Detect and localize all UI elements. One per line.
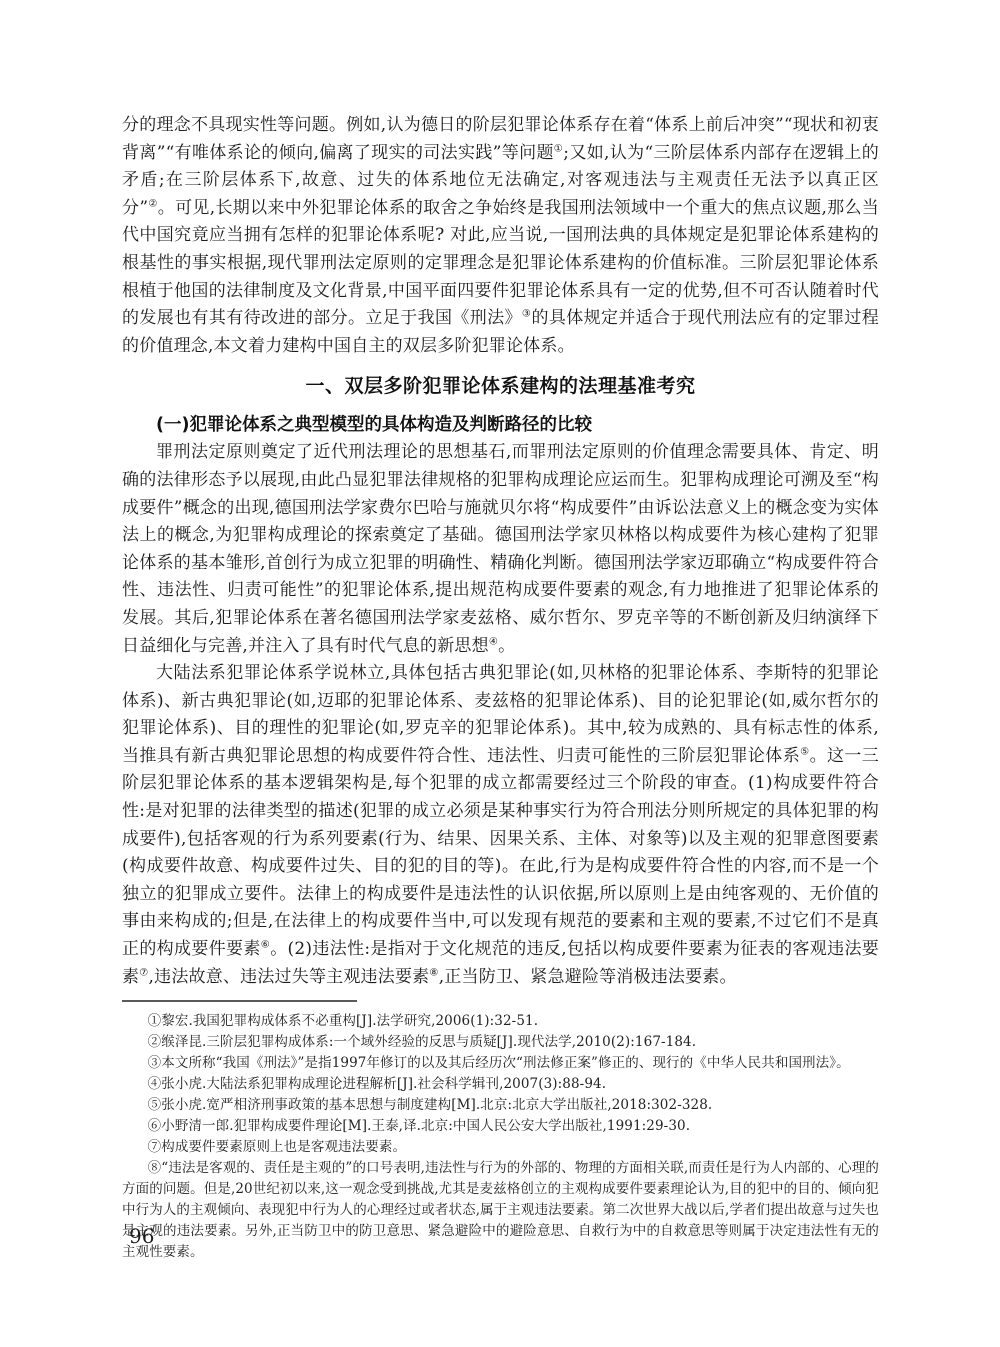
- paper-page: 分的理念不具现实性等问题。例如,认为德日的阶层犯罪论体系存在着“体系上前后冲突”…: [0, 0, 1000, 1347]
- footnote-7: ⑦构成要件要素原则上也是客观违法要素。: [122, 1137, 879, 1158]
- footnotes-section: ①黎宏.我国犯罪构成体系不必重构[J].法学研究,2006(1):32-51. …: [122, 1011, 879, 1263]
- footnote-6: ⑥小野清一郎.犯罪构成要件理论[M].王泰,译.北京:中国人民公安大学出版社,1…: [122, 1116, 879, 1137]
- page-content: 分的理念不具现实性等问题。例如,认为德日的阶层犯罪论体系存在着“体系上前后冲突”…: [122, 112, 879, 1263]
- footnote-2: ②缑泽昆.三阶层犯罪构成体系:一个域外经验的反思与质疑[J].现代法学,2010…: [122, 1032, 879, 1053]
- footnote-1: ①黎宏.我国犯罪构成体系不必重构[J].法学研究,2006(1):32-51.: [122, 1011, 879, 1032]
- subsection-heading: (一)犯罪论体系之典型模型的具体构造及判断路径的比较: [122, 411, 879, 436]
- footnote-8: ⑧“违法是客观的、责任是主观的”的口号表明,违法性与行为的外部的、物理的方面相关…: [122, 1158, 879, 1263]
- footnote-divider: [122, 1000, 357, 1002]
- footnote-3: ③本文所称“我国《刑法》”是指1997年修订的以及其后经历次“刑法修正案”修正的…: [122, 1053, 879, 1074]
- footnote-5: ⑤张小虎.宽严相济刑事政策的基本思想与制度建构[M].北京:北京大学出版社,20…: [122, 1095, 879, 1116]
- body-paragraph-3: 大陆法系犯罪论体系学说林立,具体包括古典犯罪论(如,贝林格的犯罪论体系、李斯特的…: [122, 660, 879, 991]
- footnote-4: ④张小虎.大陆法系犯罪构成理论进程解析[J].社会科学辑刊,2007(3):88…: [122, 1074, 879, 1095]
- page-number: 96: [129, 1224, 154, 1248]
- body-paragraph-2: 罪刑法定原则奠定了近代刑法理论的思想基石,而罪刑法定原则的价值理念需要具体、肯定…: [122, 439, 879, 660]
- section-heading: 一、双层多阶犯罪论体系建构的法理基准考究: [122, 371, 879, 398]
- body-paragraph-continuation: 分的理念不具现实性等问题。例如,认为德日的阶层犯罪论体系存在着“体系上前后冲突”…: [122, 112, 879, 360]
